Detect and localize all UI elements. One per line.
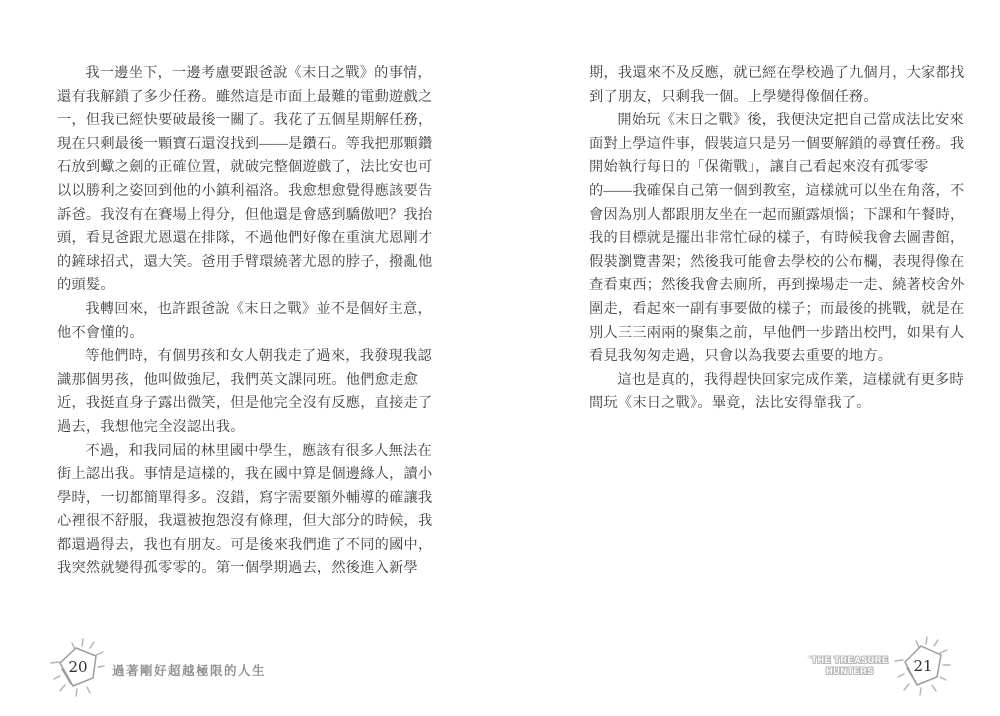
- series-title-footer: THE TREASURE HUNTERS: [795, 655, 905, 677]
- text-line: 的鏟球招式，還大笑。爸用手臂環繞著尤恩的脖子，撥亂他: [57, 251, 417, 275]
- chapter-title-footer: 過著剛好超越極限的人生: [112, 661, 266, 679]
- text-line: 學時，一切都簡單得多。沒錯，寫字需要額外輔導的確讓我: [57, 487, 417, 511]
- text-line: 看見我匆匆走過，只會以為我要去重要的地方。: [589, 345, 949, 369]
- right-page-number: 21: [913, 657, 932, 675]
- left-page-text: 我一邊坐下，一邊考慮要跟爸說《末日之戰》的事情，還有我解鎖了多少任務。雖然這是市…: [57, 62, 417, 581]
- gem-doodle-icon: 21: [890, 634, 956, 700]
- book-spread: { "book": { "left_page": { "number": "20…: [0, 0, 1000, 716]
- text-line: 訴爸。我沒有在賽場上得分，但他還是會感到驕傲吧？我抬: [57, 204, 417, 228]
- text-line: 期，我還來不及反應，就已經在學校過了九個月，大家都找: [589, 62, 949, 86]
- text-line: 圍走，看起來一副有事要做的樣子；而最後的挑戰，就是在: [589, 298, 949, 322]
- text-line: 假裝瀏覽書架；然後我可能會去學校的公布欄，表現得像在: [589, 251, 949, 275]
- text-line: 近，我挺直身子露出微笑，但是他完全沒有反應，直接走了: [57, 392, 417, 416]
- text-line: 我一邊坐下，一邊考慮要跟爸說《末日之戰》的事情，: [57, 62, 417, 86]
- text-line: 我轉回來，也許跟爸說《末日之戰》並不是個好主意，: [57, 298, 417, 322]
- text-line: 開始執行每日的「保衛戰」，讓自己看起來沒有孤零零: [589, 156, 949, 180]
- text-line: 心裡很不舒服，我還被抱怨沒有條理，但大部分的時候，我: [57, 510, 417, 534]
- text-line: 過去，我想他完全沒認出我。: [57, 416, 417, 440]
- text-line: 會因為別人都跟朋友坐在一起而顯露煩惱；下課和午餐時，: [589, 204, 949, 228]
- text-line: 他不會懂的。: [57, 322, 417, 346]
- text-line: 一，但我已經快要破最後一關了。我花了五個星期解任務，: [57, 109, 417, 133]
- text-line: 都還過得去，我也有朋友。可是後來我們進了不同的國中，: [57, 534, 417, 558]
- text-line: 等他們時，有個男孩和女人朝我走了過來，我發現我認: [57, 345, 417, 369]
- text-line: 我突然就變得孤零零的。第一個學期過去，然後進入新學: [57, 557, 417, 581]
- gem-doodle-icon: 20: [46, 636, 112, 702]
- text-line: 間玩《末日之戰》。畢竟，法比安得靠我了。: [589, 392, 949, 416]
- text-line: 查看東西；然後我會去廁所，再到操場走一走、繞著校舍外: [589, 274, 949, 298]
- text-line: 現在只剩最後一顆寶石還沒找到——是鑽石。等我把那顆鑽: [57, 133, 417, 157]
- text-line: 到了朋友，只剩我一個。上學變得像個任務。: [589, 86, 949, 110]
- text-line: 開始玩《末日之戰》後，我便決定把自己當成法比安來: [589, 109, 949, 133]
- text-line: 的——我確保自己第一個到教室，這樣就可以坐在角落，不: [589, 180, 949, 204]
- text-line: 面對上學這件事，假裝這只是另一個要解鎖的尋寶任務。我: [589, 133, 949, 157]
- right-page-number-gem: 21: [890, 634, 956, 705]
- text-line: 頭，看見爸跟尤恩還在排隊，不過他們好像在重演尤恩剛才: [57, 227, 417, 251]
- text-line: 別人三三兩兩的聚集之前，早他們一步踏出校門，如果有人: [589, 322, 949, 346]
- text-line: 街上認出我。事情是這樣的，我在國中算是個邊緣人，讀小: [57, 463, 417, 487]
- text-line: 以以勝利之姿回到他的小鎮利福洛。我愈想愈覺得應該要告: [57, 180, 417, 204]
- left-page-number-gem: 20: [46, 636, 112, 707]
- text-line: 識那個男孩，他叫做強尼，我們英文課同班。他們愈走愈: [57, 369, 417, 393]
- text-line: 的頭髮。: [57, 274, 417, 298]
- text-line: 石放到蠍之劍的正確位置，就破完整個遊戲了，法比安也可: [57, 156, 417, 180]
- series-title-line2: HUNTERS: [795, 666, 905, 677]
- text-line: 這也是真的，我得趕快回家完成作業，這樣就有更多時: [589, 369, 949, 393]
- text-line: 不過，和我同屆的林里國中學生，應該有很多人無法在: [57, 440, 417, 464]
- right-page-text: 期，我還來不及反應，就已經在學校過了九個月，大家都找到了朋友，只剩我一個。上學變…: [589, 62, 949, 416]
- text-line: 我的目標就是擺出非常忙碌的樣子，有時候我會去圖書館，: [589, 227, 949, 251]
- series-title-line1: THE TREASURE: [795, 655, 905, 666]
- left-page-number: 20: [68, 658, 87, 676]
- text-line: 還有我解鎖了多少任務。雖然這是市面上最難的電動遊戲之: [57, 86, 417, 110]
